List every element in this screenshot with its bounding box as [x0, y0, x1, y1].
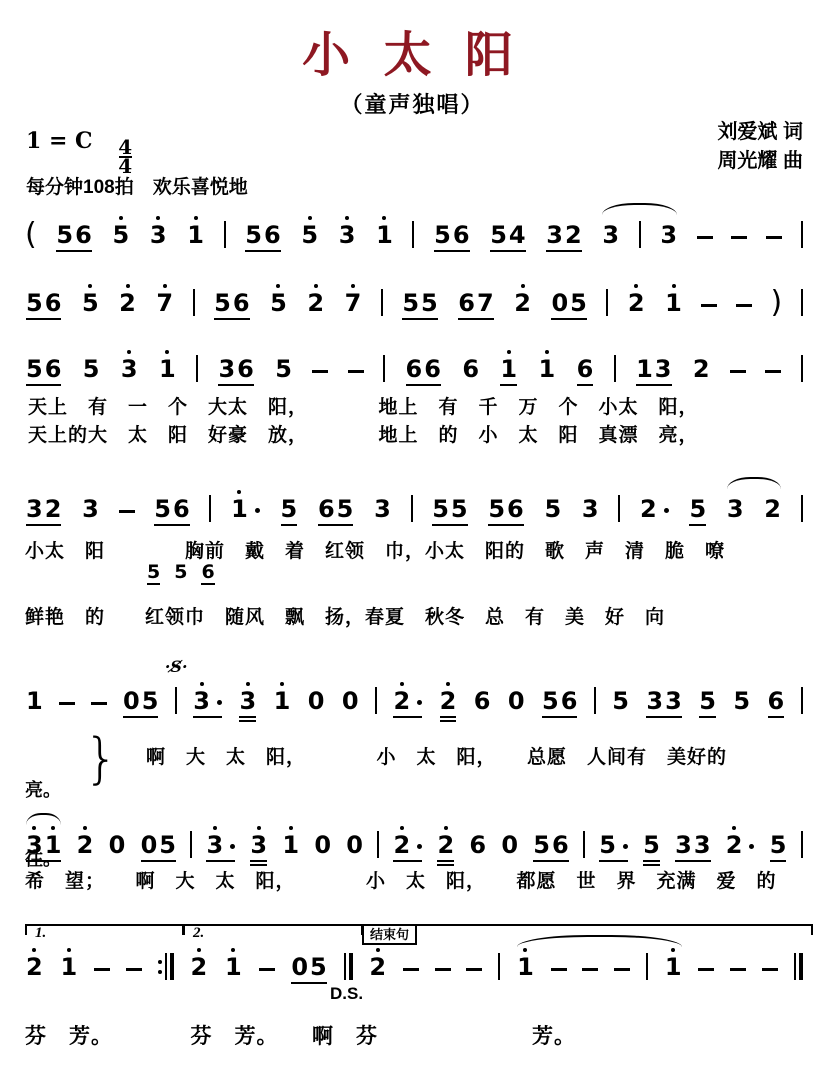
- barline: [193, 289, 195, 316]
- note-token: 54: [489, 223, 526, 248]
- note-token: 5: [611, 689, 630, 714]
- dash-icon: [91, 702, 107, 705]
- barline-stroke: [801, 289, 803, 316]
- eighth-underline: [193, 716, 222, 718]
- dash-note: [403, 968, 419, 980]
- lyric-line-chorus: 希 望； 啊 大 太 阳， 小 太 阳， 都愿 世 界 充满 爱 的: [25, 866, 777, 893]
- note-digit: 6: [473, 689, 492, 714]
- note-token: 66: [405, 357, 442, 382]
- sheet-music-page: 小 太 阳 （童声独唱） 1 = C 44 刘爱斌 词 周光耀 曲 每分钟108…: [0, 0, 825, 1085]
- note-digit: 3: [192, 689, 211, 714]
- note-digit: 6: [506, 497, 525, 522]
- note-digit: 5: [433, 223, 452, 248]
- octave-dot-above-icon: [83, 826, 87, 830]
- dash-icon: [762, 968, 778, 971]
- barline: [381, 289, 383, 316]
- note-digit: 6: [767, 689, 786, 714]
- dash-icon: [126, 968, 142, 971]
- octave-dot-above-icon: [446, 682, 450, 686]
- dash-note: [762, 968, 778, 980]
- note-token: 05: [290, 955, 327, 980]
- augmentation-dot-icon: [255, 508, 260, 513]
- note-digit: 3: [601, 223, 620, 248]
- octave-dot-above-icon: [32, 826, 36, 830]
- note-digit: 2: [368, 955, 387, 980]
- note-token: 3: [726, 497, 745, 522]
- note-token: 5: [543, 497, 562, 522]
- octave-dot-above-icon: [345, 216, 349, 220]
- dash-note: [614, 968, 630, 980]
- note-digit: 1: [375, 223, 394, 248]
- dash-icon: [765, 370, 781, 373]
- eighth-underline: [675, 860, 710, 862]
- note-digit: 3: [726, 497, 745, 522]
- note-digit: 3: [581, 497, 600, 522]
- note-digit: 4: [508, 223, 527, 248]
- octave-dot-above-icon: [197, 948, 201, 952]
- note-digit: 3: [205, 833, 224, 858]
- note-token: 56: [541, 689, 578, 714]
- note-token: 3: [192, 689, 223, 714]
- note-token: 2: [76, 833, 95, 858]
- lyric-line-chorus: 啊 大 太 阳， 小 太 阳， 总愿 人间有 美好的: [146, 742, 727, 769]
- eighth-underline: [154, 524, 189, 526]
- eighth-underline: [393, 716, 422, 718]
- note-digit: 6: [236, 357, 255, 382]
- dash-icon: [698, 968, 714, 971]
- note-token: 3: [81, 497, 100, 522]
- tie-slur-arc: [517, 935, 682, 947]
- note-token: 1: [273, 689, 292, 714]
- note-token: 2: [725, 833, 756, 858]
- note-token: 13: [635, 357, 672, 382]
- octave-dot-above-icon: [634, 284, 638, 288]
- tie-slur-arc: [727, 477, 781, 489]
- note-digit: 5: [25, 357, 44, 382]
- note-token: 0: [313, 833, 332, 858]
- octave-dot-above-icon: [213, 826, 217, 830]
- octave-dot-above-icon: [127, 350, 131, 354]
- note-token: 6: [200, 562, 215, 582]
- note-token: 3: [581, 497, 600, 522]
- note-token: 56: [55, 223, 92, 248]
- note-digit: 5: [82, 357, 101, 382]
- note-digit: 6: [551, 833, 570, 858]
- dash-note: [348, 370, 364, 382]
- note-token: 5: [688, 497, 707, 522]
- lyric-stack-top: 亮。: [25, 779, 61, 802]
- note-token: 2: [627, 291, 646, 316]
- dash-icon: [614, 968, 630, 971]
- note-digit: 3: [338, 223, 357, 248]
- note-digit: 5: [300, 223, 319, 248]
- octave-dot-above-icon: [126, 284, 130, 288]
- note-digit: 6: [44, 291, 63, 316]
- eighth-underline: [406, 384, 441, 386]
- note-digit: 2: [306, 291, 325, 316]
- note-digit: 5: [431, 497, 450, 522]
- note-token: 05: [140, 833, 177, 858]
- lyric-line-verse2: 鲜艳 的 红领巾 随风 飘 扬，春夏 秋冬 总 有 美 好 向: [25, 602, 665, 629]
- dash-note: [766, 236, 782, 248]
- note-digit: 3: [120, 357, 139, 382]
- eighth-underline: [434, 250, 469, 252]
- note-digit: 6: [576, 357, 595, 382]
- barline-stroke: [165, 953, 167, 980]
- note-digit: 2: [44, 497, 63, 522]
- dash-icon: [582, 968, 598, 971]
- barline-stroke: [801, 355, 803, 382]
- note-token: 1: [664, 291, 683, 316]
- dash-icon: [59, 702, 75, 705]
- key-signature: 1 = C: [26, 128, 93, 154]
- note-digit: 5: [336, 497, 355, 522]
- note-token: 5: [732, 689, 751, 714]
- note-token: 2: [692, 357, 711, 382]
- octave-dot-above-icon: [672, 284, 676, 288]
- dash-icon: [701, 304, 717, 307]
- note-digit: 5: [213, 291, 232, 316]
- ds-marking: D.S.: [330, 984, 363, 1004]
- eighth-underline: [432, 524, 467, 526]
- barline: [224, 221, 226, 248]
- note-token: 1: [60, 955, 79, 980]
- eighth-underline: [123, 716, 158, 718]
- eighth-underline: [402, 318, 437, 320]
- note-digit: 1: [664, 955, 683, 980]
- note-digit: 5: [532, 833, 551, 858]
- octave-dot-above-icon: [163, 284, 167, 288]
- dash-note: [731, 236, 747, 248]
- barline-stroke: [646, 953, 648, 980]
- tempo-marking: 每分钟108拍 欢乐喜悦地: [26, 172, 248, 199]
- double-barline: [794, 953, 803, 980]
- augmentation-dot-icon: [230, 844, 235, 849]
- barline: [411, 495, 413, 522]
- notation-line-chorus-2: 31200533100226056553325: [25, 828, 803, 858]
- note-digit: 2: [25, 955, 44, 980]
- note-token: 33: [674, 833, 711, 858]
- note-token: 2: [439, 689, 458, 714]
- lyric-line-verse1: 小太 阳 胸前 戴 着 红领 巾，小太 阳的 歌 声 清 脆 嘹: [25, 536, 725, 563]
- note-digit: 2: [439, 689, 458, 714]
- dash-icon: [435, 968, 451, 971]
- octave-dot-above-icon: [165, 350, 169, 354]
- song-title: 小 太 阳: [0, 16, 825, 85]
- note-digit: 6: [200, 562, 215, 582]
- note-digit: 5: [158, 833, 177, 858]
- note-digit: 5: [280, 497, 299, 522]
- note-token: 1: [664, 955, 683, 980]
- note-digit: 1: [230, 497, 249, 522]
- barline: [583, 831, 585, 858]
- eighth-underline: [26, 860, 61, 862]
- dash-icon: [766, 236, 782, 239]
- octave-dot-above-icon: [308, 216, 312, 220]
- note-token: 5: [642, 833, 661, 858]
- note-token: 2: [639, 497, 670, 522]
- eighth-underline: [56, 250, 91, 252]
- note-token: 1: [230, 497, 261, 522]
- note-token: 56: [153, 497, 190, 522]
- barline-stroke: [375, 687, 377, 714]
- barline-stroke: [614, 355, 616, 382]
- dash-note: [730, 370, 746, 382]
- barline: [614, 355, 616, 382]
- note-digit: 5: [688, 497, 707, 522]
- note-token: 3: [249, 833, 268, 858]
- note-digit: 5: [309, 955, 328, 980]
- note-digit: 0: [307, 689, 326, 714]
- barline: [801, 221, 803, 248]
- eighth-underline: [689, 524, 706, 526]
- note-digit: 3: [249, 833, 268, 858]
- note-digit: 1: [538, 357, 557, 382]
- time-signature: 44: [118, 140, 132, 174]
- barline-stroke: [618, 495, 620, 522]
- song-subtitle: （童声独唱）: [0, 88, 825, 119]
- dash-icon: [312, 370, 328, 373]
- note-token: 05: [122, 689, 159, 714]
- note-digit: 5: [487, 497, 506, 522]
- eighth-underline: [770, 860, 787, 862]
- note-digit: 3: [654, 357, 673, 382]
- note-digit: 0: [507, 689, 526, 714]
- octave-dot-above-icon: [351, 284, 355, 288]
- lyric-line-verse2: 天上的大 太 阳 好豪 放， 地上 的 小 太 阳 真漂 亮，: [28, 420, 699, 447]
- note-token: 3: [149, 223, 168, 248]
- barline-stroke: [196, 355, 198, 382]
- dash-icon: [466, 968, 482, 971]
- octave-dot-above-icon: [289, 826, 293, 830]
- octave-dot-above-icon: [237, 490, 241, 494]
- note-token: 3: [601, 223, 620, 248]
- dash-icon: [736, 304, 752, 307]
- barline: [646, 953, 648, 980]
- note-digit: 6: [232, 291, 251, 316]
- eighth-underline: [250, 860, 267, 862]
- volta-label: 1.: [32, 926, 49, 941]
- octave-dot-above-icon: [119, 216, 123, 220]
- note-token: 1: [538, 357, 557, 382]
- note-digit: 5: [541, 689, 560, 714]
- note-digit: 6: [172, 497, 191, 522]
- eighth-underline: [141, 860, 176, 862]
- barline-stroke: [411, 495, 413, 522]
- note-digit: 0: [500, 833, 519, 858]
- note-digit: 2: [392, 689, 411, 714]
- dash-note: [466, 968, 482, 980]
- notation-line-final: 2121052111.2.结束句D.S.: [25, 950, 803, 980]
- octave-dot-above-icon: [732, 826, 736, 830]
- note-digit: 6: [405, 357, 424, 382]
- note-digit: 6: [452, 223, 471, 248]
- lyric-line-verse1: 天上 有 一 个 大太 阳， 地上 有 千 万 个 小太 阳，: [28, 392, 699, 419]
- barline-stroke: [412, 221, 414, 248]
- note-digit: 3: [545, 223, 564, 248]
- barline-stroke: [799, 953, 803, 980]
- dash-note: [551, 968, 567, 980]
- eighth-underline: [245, 250, 280, 252]
- barline-stroke: [209, 495, 211, 522]
- dash-note: [126, 968, 142, 980]
- note-token: 7: [344, 291, 363, 316]
- note-token: 0: [507, 689, 526, 714]
- note-token: 0: [345, 833, 364, 858]
- eighth-underline: [214, 318, 249, 320]
- note-token: 05: [550, 291, 587, 316]
- dash-icon: [730, 370, 746, 373]
- eighth-underline: [437, 860, 454, 862]
- note-token: 1: [186, 223, 205, 248]
- note-digit: 2: [763, 497, 782, 522]
- note-digit: 6: [468, 833, 487, 858]
- notation-line-intro-1: (565315653156543233: [25, 218, 803, 248]
- eighth-underline: [546, 250, 581, 252]
- phrase-paren: ): [770, 289, 782, 316]
- note-digit: 3: [645, 689, 664, 714]
- barline-stroke: [377, 831, 379, 858]
- note-token: 1: [499, 357, 518, 382]
- note-digit: 5: [450, 497, 469, 522]
- note-digit: 2: [118, 291, 137, 316]
- note-token: 1: [158, 357, 177, 382]
- eighth-underline: [488, 524, 523, 526]
- dash-icon: [403, 968, 419, 971]
- note-digit: 1: [44, 833, 63, 858]
- barline: [196, 355, 198, 382]
- segno-icon: ·S̸·: [165, 657, 188, 676]
- note-digit: 3: [659, 223, 678, 248]
- dash-note: [435, 968, 451, 980]
- note-token: 67: [457, 291, 494, 316]
- tie-slur-arc: [602, 203, 677, 215]
- eighth-underline: [768, 716, 785, 718]
- note-token: 3: [205, 833, 236, 858]
- note-digit: 6: [457, 291, 476, 316]
- note-token: 2: [392, 833, 423, 858]
- note-digit: 1: [664, 291, 683, 316]
- note-digit: 6: [317, 497, 336, 522]
- eighth-underline: [26, 318, 61, 320]
- note-token: 1: [224, 955, 243, 980]
- volta-label: 2.: [190, 926, 207, 941]
- dash-note: [94, 968, 110, 980]
- note-token: 0: [500, 833, 519, 858]
- octave-dot-above-icon: [376, 948, 380, 952]
- volta-bracket: 2.: [183, 924, 363, 935]
- note-digit: 5: [698, 689, 717, 714]
- note-digit: 2: [513, 291, 532, 316]
- volta-bracket: 1.: [25, 924, 184, 935]
- augmentation-dot-icon: [417, 844, 422, 849]
- note-digit: 3: [81, 497, 100, 522]
- eighth-underline: [599, 860, 628, 862]
- note-digit: 0: [313, 833, 332, 858]
- note-digit: 5: [173, 562, 188, 582]
- note-digit: 7: [476, 291, 495, 316]
- note-digit: 3: [693, 833, 712, 858]
- note-digit: 1: [224, 955, 243, 980]
- note-digit: 2: [627, 291, 646, 316]
- dash-note: [730, 968, 746, 980]
- barline: [412, 221, 414, 248]
- note-digit: 5: [732, 689, 751, 714]
- key-time-signature: 1 = C 44: [26, 128, 132, 174]
- note-digit: 5: [401, 291, 420, 316]
- note-token: 56: [532, 833, 569, 858]
- note-digit: 3: [238, 689, 257, 714]
- dash-note: [59, 702, 75, 714]
- note-token: 55: [401, 291, 438, 316]
- augmentation-dot-icon: [217, 700, 222, 705]
- note-digit: 3: [149, 223, 168, 248]
- eighth-underline: [201, 583, 214, 585]
- dash-icon: [259, 968, 275, 971]
- eighth-underline: [218, 384, 253, 386]
- note-token: 3: [120, 357, 139, 382]
- octave-dot-above-icon: [314, 284, 318, 288]
- note-digit: 1: [635, 357, 654, 382]
- dash-note: [119, 510, 135, 522]
- barline-stroke: [193, 289, 195, 316]
- note-token: 6: [767, 689, 786, 714]
- barline-stroke: [170, 953, 174, 980]
- note-token: 3: [373, 497, 392, 522]
- note-token: 2: [189, 955, 208, 980]
- barline: [375, 687, 377, 714]
- barline: [801, 687, 803, 714]
- note-token: 32: [25, 497, 62, 522]
- note-token: 5: [280, 497, 299, 522]
- eighth-underline: [699, 716, 716, 718]
- note-digit: 5: [244, 223, 263, 248]
- eighth-underline: [318, 524, 353, 526]
- note-digit: 0: [140, 833, 159, 858]
- note-token: 5: [111, 223, 130, 248]
- lyric-line-final: 芬 芳。 芬 芳。 啊 芬 芳。: [25, 1020, 576, 1050]
- dot: [158, 970, 162, 974]
- sixteenth-underline: [440, 720, 457, 722]
- barline-stroke: [381, 289, 383, 316]
- note-token: 36: [217, 357, 254, 382]
- eighth-underline: [26, 524, 61, 526]
- dash-icon: [697, 236, 713, 239]
- barline: [377, 831, 379, 858]
- note-digit: 0: [108, 833, 127, 858]
- note-token: 3: [659, 223, 678, 248]
- augmentation-dot-icon: [417, 700, 422, 705]
- barline: [594, 687, 596, 714]
- note-token: 2: [436, 833, 455, 858]
- note-digit: 3: [373, 497, 392, 522]
- note-token: 5: [698, 689, 717, 714]
- octave-dot-above-icon: [231, 948, 235, 952]
- octave-dot-above-icon: [156, 216, 160, 220]
- dash-icon: [730, 968, 746, 971]
- dash-note: [698, 968, 714, 980]
- note-token: 5: [300, 223, 319, 248]
- barline-stroke: [349, 953, 353, 980]
- barline: [190, 831, 192, 858]
- note-digit: 6: [74, 223, 93, 248]
- note-digit: 5: [611, 689, 630, 714]
- note-token: 31: [25, 833, 62, 858]
- note-token: 5: [173, 562, 188, 582]
- barline-stroke: [594, 687, 596, 714]
- augmentation-dot-icon: [749, 844, 754, 849]
- note-token: 5: [146, 562, 161, 582]
